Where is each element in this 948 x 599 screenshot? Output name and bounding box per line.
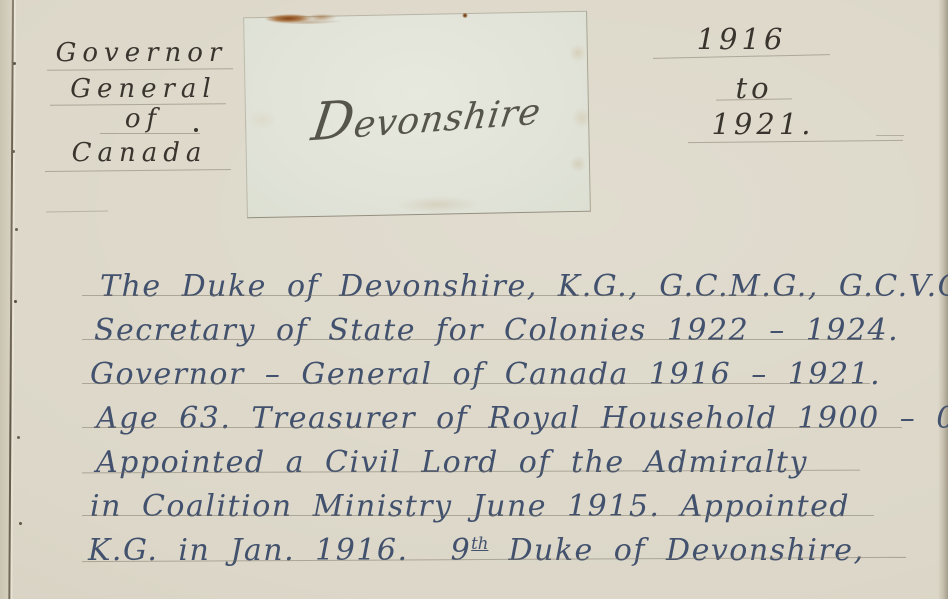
pencil-underline: [100, 133, 200, 134]
title-line-general: General: [46, 76, 241, 102]
biography-line: Governor – General of Canada 1916 – 1921…: [88, 340, 920, 384]
signature-slip: Devonshire: [243, 11, 591, 219]
pencil-underline: [47, 68, 233, 71]
date-until: 1921.: [688, 110, 838, 139]
ordinal-number: 9: [451, 533, 472, 568]
biography-line: The Duke of Devonshire, K.G., G.C.M.G., …: [88, 252, 920, 296]
binding-specks: [11, 0, 14, 3]
stray-pencil-mark: [876, 135, 904, 136]
stain-dot: [462, 13, 468, 18]
title-line-of: of: [46, 106, 241, 132]
final-line-rest: Duke of Devonshire,: [508, 533, 864, 568]
title-line-canada: Canada: [42, 140, 237, 166]
biography-line: Appointed a Civil Lord of the Admiralty: [88, 428, 920, 472]
stray-pencil-mark: [46, 210, 108, 212]
title-line-governor: Governor: [44, 40, 239, 66]
biography-block: The Duke of Devonshire, K.G., G.C.M.G., …: [88, 252, 920, 560]
ordinal-suffix: th: [471, 534, 488, 553]
autograph-album-page: Governor General of Canada 1916 to 1921.…: [0, 0, 948, 599]
biography-line: in Coalition Ministry June 1915. Appoint…: [88, 472, 920, 516]
pencil-underline: [45, 169, 231, 172]
biography-line: Secretary of State for Colonies 1922 – 1…: [88, 296, 920, 340]
signature-text: Devonshire: [309, 80, 546, 149]
date-from: 1916: [653, 25, 830, 54]
biography-line: Age 63. Treasurer of Royal Household 190…: [88, 384, 920, 428]
biography-line-final: K.G. in Jan. 1916.9th Duke of Devonshire…: [88, 516, 920, 560]
final-line-pre: K.G. in Jan. 1916.: [88, 533, 409, 568]
ink-speck: [194, 128, 198, 132]
